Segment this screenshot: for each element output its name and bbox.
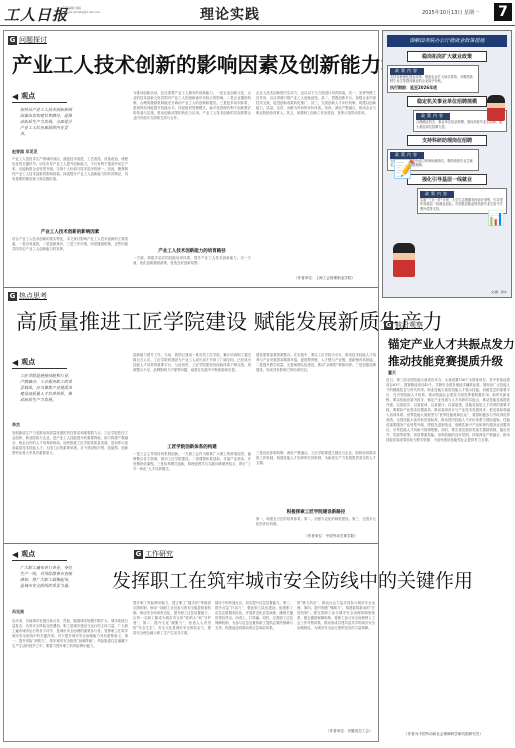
g-logo-icon: G [8,36,17,45]
article1-subhead2: 产业工人技术创新能力的培育路径 [133,248,251,254]
newspaper-logo: 工人日报 [4,4,68,25]
g-logo-icon: G [384,321,393,330]
article2-subhead1: 工匠学院创新体系的构建 [133,444,251,450]
article4-headline[interactable]: 锚定产业人才共振点发力 推动技能竞赛提质升级 [388,336,515,370]
presentation-icon: 📊 [487,211,504,227]
execution-period: 执行期限：延至2026年底 [390,86,476,91]
article1-tag: G 问题探讨 [8,35,47,45]
official-figure-icon [393,243,415,277]
main-articles-frame: G 问题探讨 产业工人技术创新的影响因素及创新能力培育路径探析 ◀观点 加快从产… [3,30,379,742]
masthead: 工人日报 责任编辑:刘娟 E-mail:grrbllsj@126.com 理论实… [0,0,515,26]
article1-authors: 赵晋园 邓灵灵 [12,149,37,155]
dateline: 2025年10月13日 星期一 [422,9,479,16]
policy-infographic: 图解国务院办公厅稳就业政策措施 稳岗拓岗扩大就业政策 政策内容 支持各地深化国企… [382,30,512,298]
section-title: 理论实践 [200,4,260,24]
article2-subhead2: 积极探索工匠学院建设新路径 [256,509,376,515]
article3-tag: G 工作研究 [134,549,173,559]
speaker-icon: ◀ [12,550,18,559]
article4-byline: （作者为中国劳动和社会保障科学研究院研究员） [404,732,483,737]
article2-headline[interactable]: 高质量推进工匠学院建设 赋能发展新质生产力 [16,306,443,336]
infographic-banner: 图解国务院办公厅稳就业政策措施 [387,35,507,47]
article1-byline: （作者单位：上海工会管理职业学院） [294,276,355,281]
g-logo-icon: G [8,292,17,301]
article1-col1: 产业工人是技术生产领域的前沿，涵盖技术改进、工艺改造、设备改造、流程优化的关键环… [12,157,128,227]
article2-byline: （作者单位：中国劳动关系学院） [304,534,358,539]
article3-byline: （作者单位：安徽省总工会） [326,729,373,734]
article3-authors: 冯光南 [12,609,24,615]
worker-figure-icon [487,95,505,121]
article1-subhead1: 产业工人技术创新的影响因素 [12,229,128,235]
infographic-source: 文/图：新华 [491,290,507,294]
policy-section-1: 政策内容 支持各地深化国企改革，鼓励企业扩大岗位供给，对吸纳高校毕业生等群体就业… [387,65,479,93]
article1-viewpoint: ◀观点 加快从产业工人技术创新影响因素出发构建培育路径，是推动新质生产力发展、全… [12,91,72,137]
speaker-icon: ◀ [12,92,18,101]
article4-authors: 董天 [388,370,396,376]
article3-viewpoint: ◀观点 广大职工遍布各行各业，身处生产一线，对风险隐患有直接感知，将广大职工凝聚… [12,549,72,589]
right-column: 图解国务院办公厅稳就业政策措施 稳岗拓岗扩大就业政策 政策内容 支持各地深化国企… [382,30,512,742]
page-number: 7 [494,3,512,21]
g-logo-icon: G [134,550,143,559]
article2-authors: 李杰 [12,422,20,428]
article2-viewpoint: ◀观点 工匠学院是链接技能和行业、产教融合、工会服务职工的重要载体，应当聚焦产业… [12,357,72,403]
editor-info: 责任编辑:刘娟 E-mail:grrbllsj@126.com [62,6,122,14]
article4-tag: G 前沿观察 [384,320,423,330]
article2-tag: G 热点思考 [8,291,47,301]
document-pen-icon: 📝 [393,159,415,180]
speaker-icon: ◀ [12,358,18,367]
